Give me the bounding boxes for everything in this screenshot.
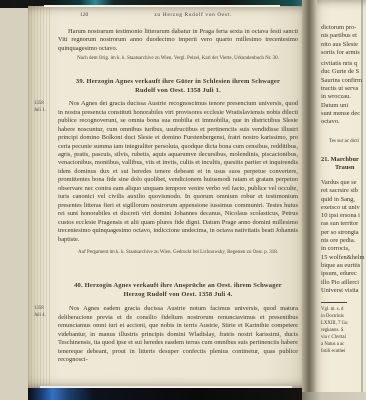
text-line: civitatis nris q [321, 60, 366, 68]
entry-heading-line: Herzog Rudolf von Oest. 1358 Juli 4. [58, 291, 298, 300]
text-line: regkanns. S. [321, 328, 366, 335]
text-line: ipsum, edurec [321, 270, 366, 278]
footnote-rule [321, 302, 347, 303]
text-line: illo Pio aillerci [321, 279, 366, 287]
margin-date-day: Juli 1. [34, 108, 46, 113]
page-edge-stack [28, 6, 50, 389]
background-bottom-band [28, 388, 302, 400]
right-page-source-note: Tes sur ac dicti [321, 139, 366, 145]
text-line: per so strongia [321, 229, 366, 237]
margin-date-year: 1358 [34, 306, 44, 311]
text-line: octavo. [321, 118, 366, 126]
text-line: bique au euritis [321, 262, 366, 270]
right-page-footnote: Vgl. m. s. din DoctrinisLXXIII, 7 Guregk… [321, 307, 366, 355]
text-line: dictorum pro- [321, 24, 366, 32]
text-line: duc Gurte de S [321, 68, 366, 76]
margin-date: 1358 Juli 4. [34, 306, 56, 319]
running-head: zu Herzog Rudolf von Oest. [88, 12, 298, 19]
text-line: ras sun territor [321, 220, 366, 228]
entry-39-body: 1358 Juli 1. Nos Agnes dei gracia duciss… [58, 100, 298, 244]
book-photo: dictorum pro-nis partibus etnito aus Sle… [0, 0, 366, 400]
text-line: Universt visita [321, 287, 366, 295]
entry-heading-line: 39. Herzogin Agnes verkauft ihre Güter i… [58, 78, 298, 87]
text-line: nis partibus et [321, 32, 366, 40]
text-line: Vgl. m. s. d [321, 307, 366, 314]
entry-39-footnote: Auf Pergament im k. k. Staatsarchive zu … [58, 250, 298, 256]
intro-paragraph: Harum nostrarum testimonio litterarum da… [58, 28, 298, 53]
text-line: Saurins confirm [321, 77, 366, 85]
entry-heading-line: 40. Herzogin Agnes verkauft ihre Ansprüc… [58, 282, 298, 291]
entry-40-heading: 40. Herzogin Agnes verkauft ihre Ansprüc… [58, 282, 298, 299]
text-line: Vardus que se [321, 179, 366, 187]
margin-date-day: Juli 4. [34, 313, 46, 318]
text-line: sunt mense dec [321, 110, 366, 118]
text-line: in wroczau. [321, 93, 366, 101]
intro-source-note: Nach dem Orig. im k. k. Staatsarchive zu… [58, 56, 298, 62]
text-line: tractis ut serva [321, 85, 366, 93]
text-line: Datum uni [321, 102, 366, 110]
entry-40-body: 1358 Juli 4. Nos Agnes eadem gracia duci… [58, 305, 298, 364]
entry-heading-line: Trausn [321, 164, 366, 173]
right-page-fore-edge [302, 392, 366, 400]
text-line: fotili ecuthei [321, 349, 366, 356]
text-line: 15 wolfen&helm [321, 254, 366, 262]
book-gutter [302, 0, 317, 400]
entry-39-heading: 39. Herzogin Agnes verkauft ihre Güter i… [58, 78, 298, 95]
right-page-text: dictorum pro-nis partibus etnito aus Sle… [321, 0, 366, 355]
entry-heading-line: 21. Marchbur [321, 156, 366, 165]
running-header: 120 zu Herzog Rudolf von Oest. [58, 12, 298, 19]
right-page-entry-body: Vardus que seret sacrsire sibquid in San… [321, 179, 366, 295]
page-top-edge-highlight [44, 5, 280, 7]
text-line: ret sacrsire sib [321, 187, 366, 195]
text-line: via c Chvrtal [321, 335, 366, 342]
text-line: LXXIII, 7 Gu [321, 321, 366, 328]
text-line: nis ore pedia. [321, 237, 366, 245]
text-line: sortis for armis [321, 49, 366, 57]
page-number: 120 [80, 12, 88, 19]
left-page-text: 120 zu Herzog Rudolf von Oest. Harum nos… [58, 12, 298, 365]
margin-date: 1358 Juli 1. [34, 101, 56, 114]
text-line: quid in Sang, [321, 196, 366, 204]
text-line: a Natus a ac [321, 342, 366, 349]
entry-body-text: Nos Agnes dei gracia ducissa Austrie rec… [58, 100, 298, 242]
right-page: dictorum pro-nis partibus etnito aus Sle… [317, 0, 366, 400]
right-page-paragraph: civitatis nris qduc Gurte de SSaurins co… [321, 60, 366, 126]
text-line: in corrocis, [321, 245, 366, 253]
right-page-paragraph: dictorum pro-nis partibus etnito aus Sle… [321, 24, 366, 57]
text-line: 10 ipsi ersona i [321, 212, 366, 220]
right-page-entry-heading: 21. Marchbur Trausn [321, 156, 366, 173]
text-line: nito aus Slesie [321, 41, 366, 49]
entry-heading-line: Rudolf von Oest. 1358 Juli 1. [58, 87, 298, 96]
text-line: exetsco ut univ [321, 204, 366, 212]
margin-date-year: 1358 [34, 101, 44, 106]
text-line: in Doctrinis [321, 314, 366, 321]
entry-body-text: Nos Agnes eadem gracia ducissa Austrie n… [58, 305, 298, 363]
